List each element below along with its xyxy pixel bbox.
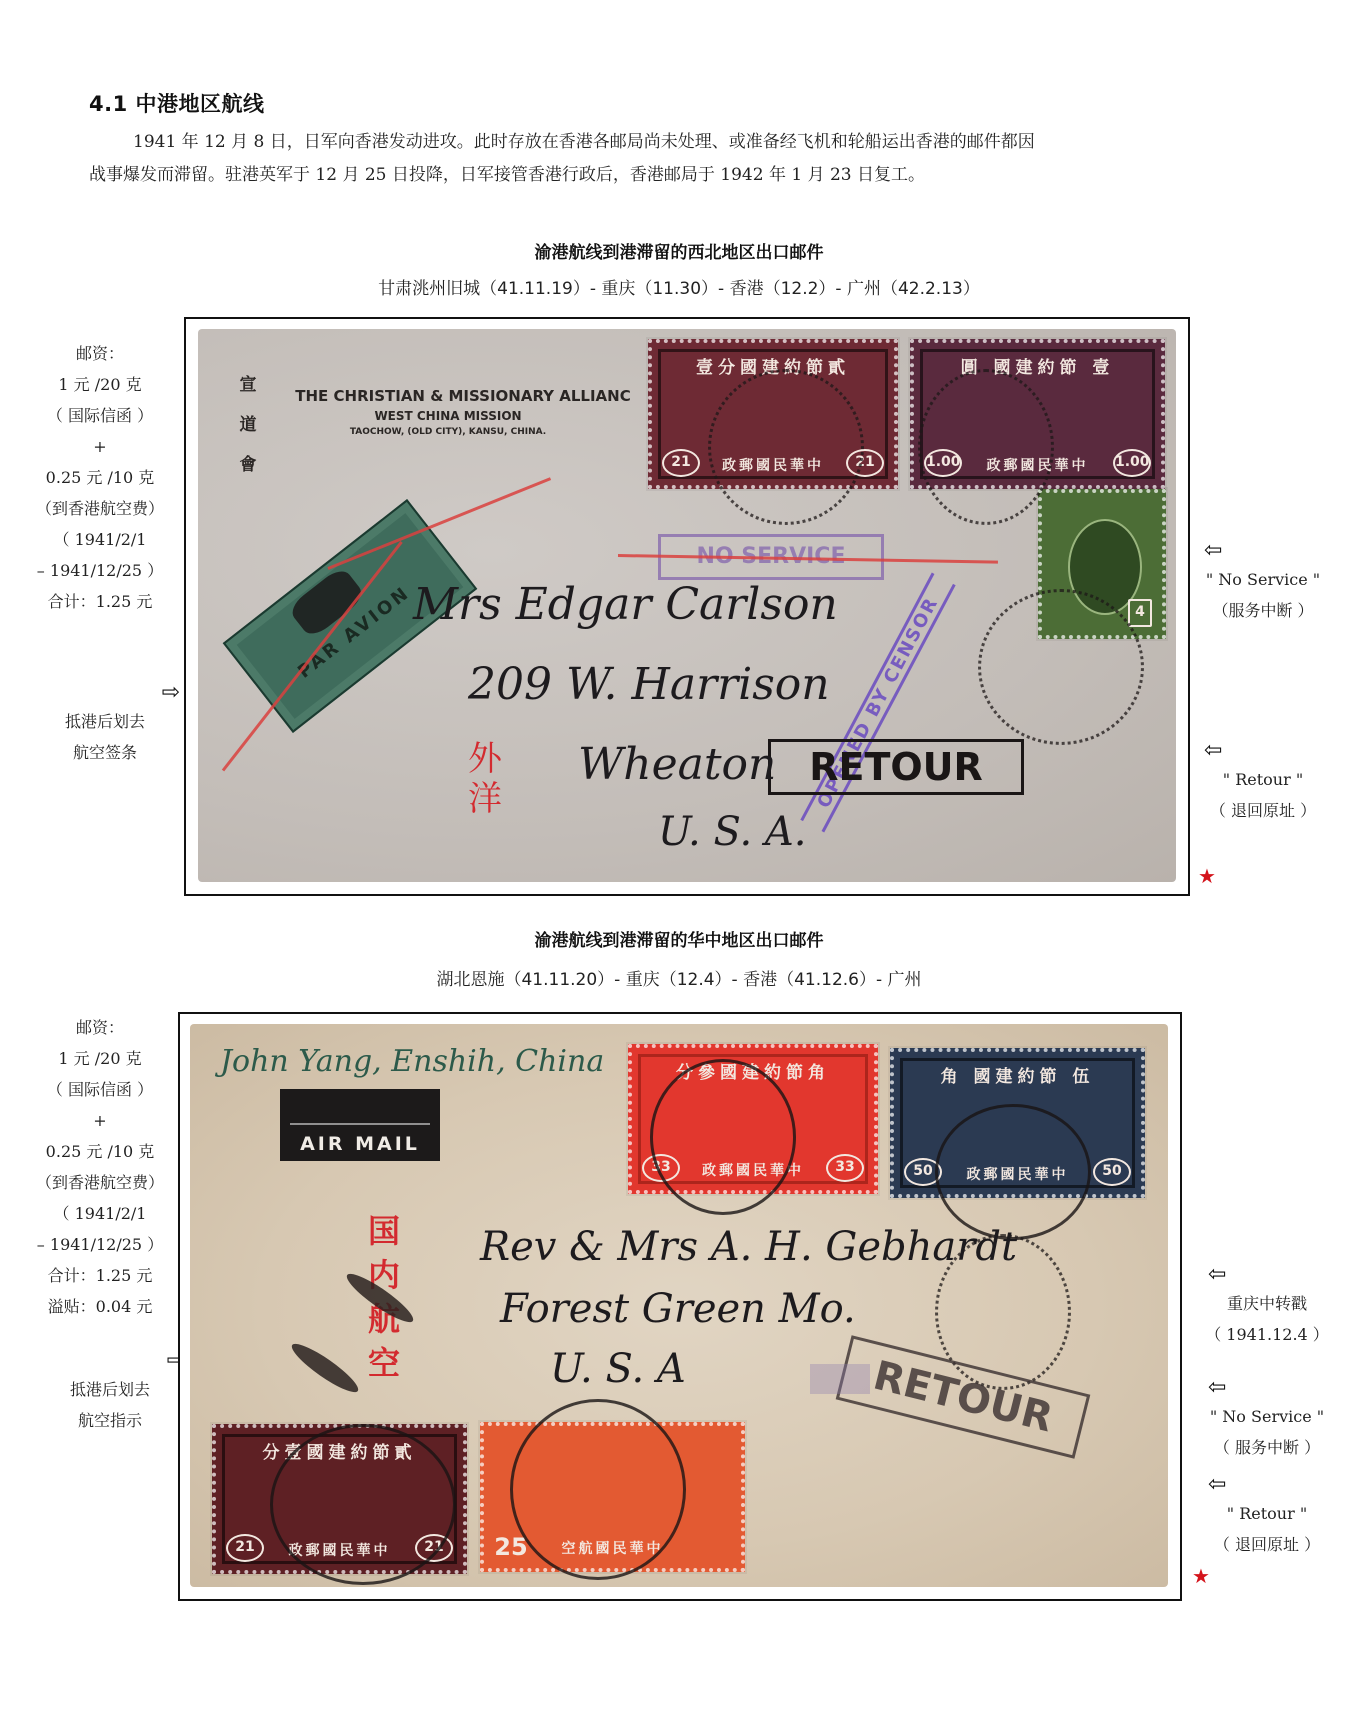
note-line: 0.25 元 /10 克	[20, 1136, 180, 1167]
star-icon: ★	[1192, 1564, 1210, 1588]
note-line: （到香港航空费）	[20, 493, 180, 524]
address-line-1: Mrs Edgar Carlson	[413, 579, 838, 630]
cover-1-image: 宣 道 會 THE CHRISTIAN & MISSIONARY ALLIANC…	[198, 329, 1176, 882]
address-line-3: U. S. A	[550, 1346, 686, 1392]
intro-line-1: 1941 年 12 月 8 日，日军向香港发动进攻。此时存放在香港各邮局尚未处理…	[89, 126, 1279, 159]
note-line: 航空签条	[30, 737, 180, 768]
postmark	[650, 1059, 796, 1215]
exhibit-1-route: 甘肃洮州旧城（41.11.19）- 重庆（11.30）- 香港（12.2）- 广…	[0, 274, 1358, 299]
note-line: 抵港后划去	[35, 1374, 185, 1405]
note-line: （ 国际信函 ）	[20, 400, 180, 431]
cover-2-image: John Yang, Enshih, China AIR MAIL 分參國建約節…	[190, 1024, 1168, 1587]
address-line-2: 209 W. Harrison	[468, 659, 830, 710]
note-line: （ 1941/2/1	[20, 1198, 180, 1229]
note-line: （ 服务中断 ）	[1192, 1432, 1342, 1463]
postmark	[708, 369, 864, 525]
note-line: （ 退回原址 ）	[1192, 1529, 1342, 1560]
exhibit-2-right-note-2: ⇦ " No Service " （ 服务中断 ）	[1192, 1375, 1342, 1463]
sender-line: John Yang, Enshih, China	[220, 1044, 604, 1079]
star-icon: ★	[1198, 864, 1216, 888]
exhibit-1-right-note-2: ⇦ " Retour " （ 退回原址 ）	[1188, 738, 1338, 826]
exhibit-2-right-note-1: ⇦ 重庆中转戳 （ 1941.12.4 ）	[1192, 1262, 1342, 1350]
note-line: 抵港后划去	[30, 706, 180, 737]
ink-strike	[287, 1338, 363, 1399]
section-title: 4.1 中港地区航线	[89, 88, 265, 118]
exhibit-2-title: 渝港航线到港滞留的华中地区出口邮件	[0, 926, 1358, 951]
intro-line-2: 战事爆发而滞留。驻港英军于 12 月 25 日投降，日军接管香港行政后，香港邮局…	[89, 159, 1279, 192]
exhibit-2-route: 湖北恩施（41.11.20）- 重庆（12.4）- 香港（41.12.6）- 广…	[0, 965, 1358, 990]
exhibit-2-right-note-3: ⇦ " Retour " （ 退回原址 ）	[1192, 1472, 1342, 1560]
red-marking-overseas: 外 洋	[468, 739, 502, 819]
note-line: – 1941/12/25 ）	[20, 1229, 180, 1260]
note-line: 1 元 /20 克	[20, 1043, 180, 1074]
arrow-left-icon: ⇦	[1188, 538, 1338, 564]
note-line: +	[20, 1105, 180, 1136]
address-line-2: Forest Green Mo.	[500, 1286, 856, 1332]
note-line: +	[20, 431, 180, 462]
arrow-left-icon: ⇦	[1192, 1262, 1342, 1288]
address-line-1: Rev & Mrs A. H. Gebhardt	[480, 1224, 1017, 1270]
note-line: 航空指示	[35, 1405, 185, 1436]
letterhead-line-1: THE CHRISTIAN & MISSIONARY ALLIANC	[268, 387, 658, 405]
exhibit-1-postage-note: 邮资： 1 元 /20 克 （ 国际信函 ） + 0.25 元 /10 克 （到…	[20, 338, 180, 617]
note-line: " Retour "	[1188, 764, 1338, 795]
note-line: 邮资：	[20, 1012, 180, 1043]
postmark	[978, 589, 1144, 745]
arrow-left-icon: ⇦	[1192, 1375, 1342, 1401]
arrow-left-icon: ⇦	[1188, 738, 1338, 764]
letterhead-chinese: 宣 道 會	[238, 365, 258, 485]
note-line: – 1941/12/25 ）	[20, 555, 180, 586]
arrow-right-icon: ⇨	[35, 1348, 185, 1374]
note-line: 1 元 /20 克	[20, 369, 180, 400]
no-service-stamp-faint	[810, 1364, 870, 1394]
note-line: 合计：1.25 元	[20, 1260, 180, 1291]
exhibit-1-airlabel-note: ⇨ 抵港后划去 航空签条	[30, 680, 180, 768]
note-line: 0.25 元 /10 克	[20, 462, 180, 493]
arrow-right-icon: ⇨	[30, 680, 180, 706]
note-line: 邮资：	[20, 338, 180, 369]
note-line: （服务中断 ）	[1188, 595, 1338, 626]
address-line-4: U. S. A.	[658, 809, 806, 855]
note-line: " Retour "	[1192, 1498, 1342, 1529]
letterhead-line-3: TAOCHOW, (OLD CITY), KANSU, CHINA.	[268, 427, 628, 437]
exhibit-1-title: 渝港航线到港滞留的西北地区出口邮件	[0, 238, 1358, 263]
note-line: （ 1941/2/1	[20, 524, 180, 555]
address-line-3: Wheaton	[578, 739, 776, 790]
postmark	[270, 1424, 456, 1585]
exhibit-2-frame: John Yang, Enshih, China AIR MAIL 分參國建約節…	[178, 1012, 1182, 1601]
exhibit-1-right-note-1: ⇦ " No Service " （服务中断 ）	[1188, 538, 1338, 626]
exhibit-2-postage-note: 邮资： 1 元 /20 克 （ 国际信函 ） + 0.25 元 /10 克 （到…	[20, 1012, 180, 1322]
note-line: （ 1941.12.4 ）	[1192, 1319, 1342, 1350]
note-line: （ 退回原址 ）	[1188, 795, 1338, 826]
postmark	[918, 369, 1054, 525]
retour-stamp: RETOUR	[768, 739, 1024, 795]
note-line: （ 国际信函 ）	[20, 1074, 180, 1105]
exhibit-1-frame: 宣 道 會 THE CHRISTIAN & MISSIONARY ALLIANC…	[184, 317, 1190, 896]
note-line: 溢贴：0.04 元	[20, 1291, 180, 1322]
intro-paragraph: 1941 年 12 月 8 日，日军向香港发动进攻。此时存放在香港各邮局尚未处理…	[89, 126, 1279, 192]
note-line: 合计：1.25 元	[20, 586, 180, 617]
air-mail-label: AIR MAIL	[280, 1089, 440, 1161]
postmark	[510, 1399, 686, 1580]
letterhead-line-2: WEST CHINA MISSION	[268, 409, 628, 423]
note-line: " No Service "	[1188, 564, 1338, 595]
note-line: " No Service "	[1192, 1401, 1342, 1432]
note-line: （到香港航空费）	[20, 1167, 180, 1198]
exhibit-2-airlabel-note: ⇨ 抵港后划去 航空指示	[35, 1348, 185, 1436]
note-line: 重庆中转戳	[1192, 1288, 1342, 1319]
postmark	[935, 1104, 1091, 1240]
arrow-left-icon: ⇦	[1192, 1472, 1342, 1498]
